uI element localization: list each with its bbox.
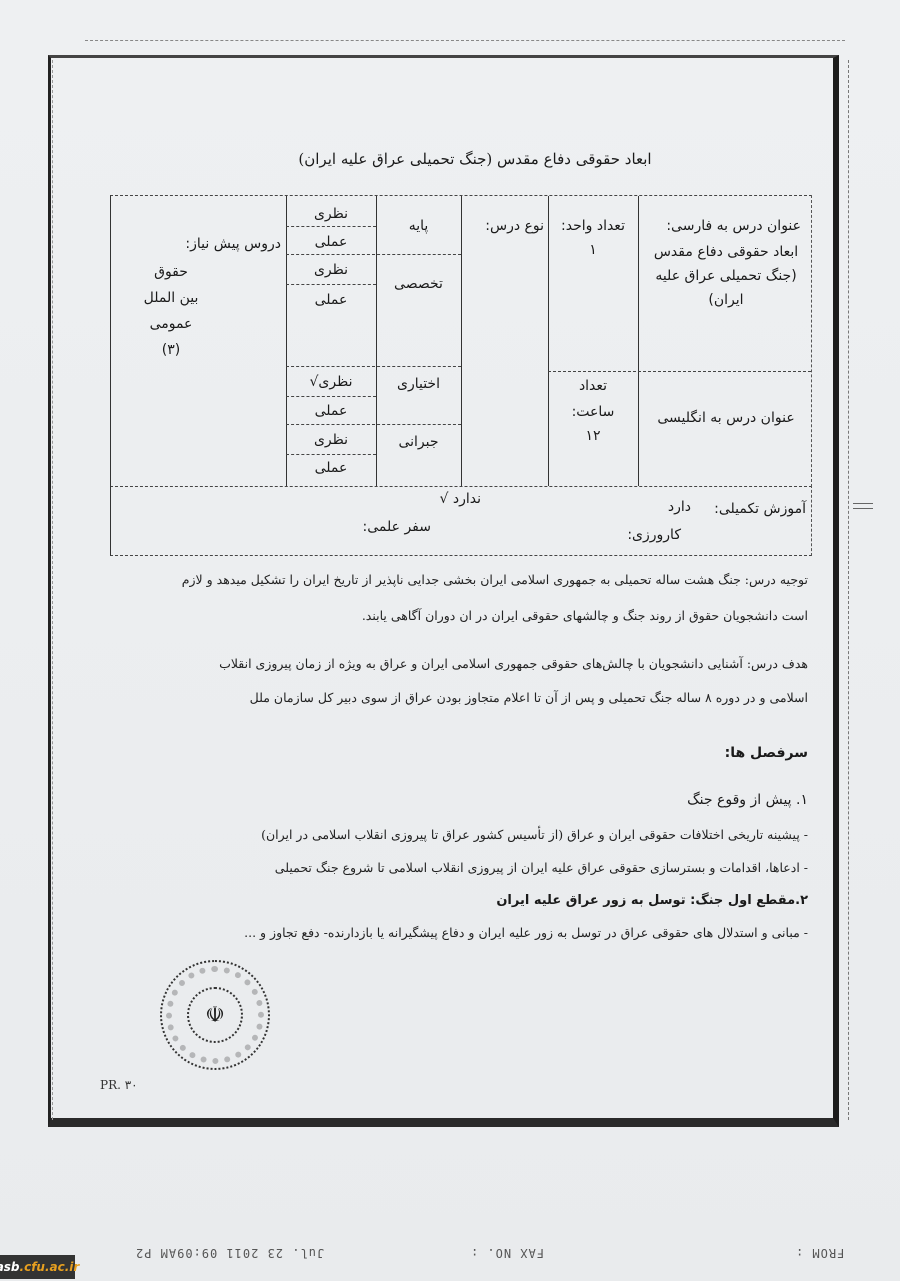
elective-theory-checked: نظری√ (286, 370, 376, 394)
margin-mark (853, 503, 873, 509)
syllabus-heading: سرفصل ها: (725, 745, 808, 761)
prerequisite-line-2: بین الملل (126, 286, 216, 310)
prerequisite-line-4: (۳) (126, 338, 216, 362)
fax-from: FROM : (795, 1246, 844, 1260)
basic-practical: عملی (286, 230, 376, 254)
units-value: ۱ (548, 238, 638, 262)
supplementary-label: آموزش تکمیلی: (701, 497, 806, 521)
type-basic: پایه (376, 214, 461, 238)
english-title-label: عنوان درس به انگلیسی (646, 406, 806, 430)
persian-title-label: عنوان درس به فارسی: (646, 214, 801, 238)
section-2-item-1: - مبانی و استدلال های حقوقی عراق در توسل… (244, 925, 808, 940)
watermark-domain: .cfu.ac.ir (20, 1260, 80, 1274)
official-stamp: ☫ (160, 960, 270, 1070)
prerequisites-label: دروس پیش نیاز: (131, 232, 281, 256)
justification-line-1: توجیه درس: جنگ هشت ساله تحمیلی به جمهوری… (182, 572, 808, 587)
field-trip-label: سفر علمی: (331, 515, 431, 539)
row-divider (286, 424, 461, 425)
frame-right-dash (848, 60, 849, 1120)
type-elective: اختیاری (376, 372, 461, 396)
compensatory-practical: عملی (286, 456, 376, 480)
fax-top-noise (85, 40, 845, 49)
course-info-table: عنوان درس به فارسی: ابعاد حقوقی دفاع مقد… (110, 195, 812, 487)
specialized-theory: نظری (286, 258, 376, 282)
compensatory-theory: نظری (286, 428, 376, 452)
prerequisite-line-1: حقوق (126, 260, 216, 284)
row-divider (548, 371, 811, 372)
elective-practical: عملی (286, 399, 376, 423)
site-watermark: asb.cfu.ac.ir (0, 1255, 75, 1279)
justification-line-2: است دانشجویان حقوق از روند جنگ و چالشهای… (362, 608, 808, 623)
objective-line-2: اسلامی و در دوره ۸ ساله جنگ تحمیلی و پس … (250, 690, 808, 705)
row-divider (286, 396, 376, 397)
hours-value: ۱۲ (548, 424, 638, 448)
emblem-icon: ☫ (187, 987, 243, 1043)
course-type-label: نوع درس: (466, 214, 544, 238)
basic-theory: نظری (286, 202, 376, 226)
type-specialized: تخصصی (376, 272, 461, 296)
prerequisite-line-3: عمومی (126, 312, 216, 336)
scanned-page: ابعاد حقوقی دفاع مقدس (جنگ تحمیلی عراق ع… (0, 0, 900, 1281)
persian-title-line-2: (جنگ تحمیلی عراق علیه (646, 264, 806, 288)
row-divider (286, 454, 376, 455)
supplementary-row: آموزش تکمیلی: دارد ندارد √ کارورزی: سفر … (110, 485, 812, 556)
section-1-title: ۱. پیش از وقوع جنگ (687, 792, 808, 808)
frame-left-dash (52, 60, 53, 1120)
fax-number: FAX NO. : (470, 1246, 544, 1260)
page-number: PR. ۳۰ (100, 1078, 138, 1092)
objective-line-1: هدف درس: آشنایی دانشجویان با چالش‌های حق… (219, 656, 808, 671)
section-1-item-1: - پیشینه تاریخی اختلافات حقوقی ایران و ع… (261, 827, 808, 842)
watermark-prefix: asb (0, 1260, 20, 1274)
row-divider (286, 366, 461, 367)
section-2-title: ۲.مقطع اول جنگ: توسل به زور عراق علیه ای… (496, 893, 808, 908)
hours-label-1: تعداد (548, 374, 638, 398)
row-divider (286, 254, 461, 255)
supplementary-has-not-checked: ندارد √ (401, 487, 481, 511)
workshop-label: کارورزی: (581, 523, 681, 547)
section-1-item-2: - ادعاها، اقدامات و بسترسازی حقوقی عراق … (275, 860, 808, 875)
hours-label-2: ساعت: (548, 400, 638, 424)
col-divider (638, 196, 639, 486)
persian-title-line-1: ابعاد حقوقی دفاع مقدس (646, 240, 806, 264)
document-title: ابعاد حقوقی دفاع مقدس (جنگ تحمیلی عراق ع… (250, 150, 700, 168)
row-divider (286, 284, 376, 285)
col-divider (461, 196, 462, 486)
persian-title-line-3: ایران) (646, 288, 806, 312)
row-divider (286, 226, 376, 227)
specialized-practical: عملی (286, 288, 376, 312)
units-label: تعداد واحد: (548, 214, 638, 238)
supplementary-has: دارد (641, 495, 691, 519)
type-compensatory: جبرانی (376, 430, 461, 454)
fax-date: Jul. 23 2011 09:09AM P2 (135, 1246, 324, 1260)
